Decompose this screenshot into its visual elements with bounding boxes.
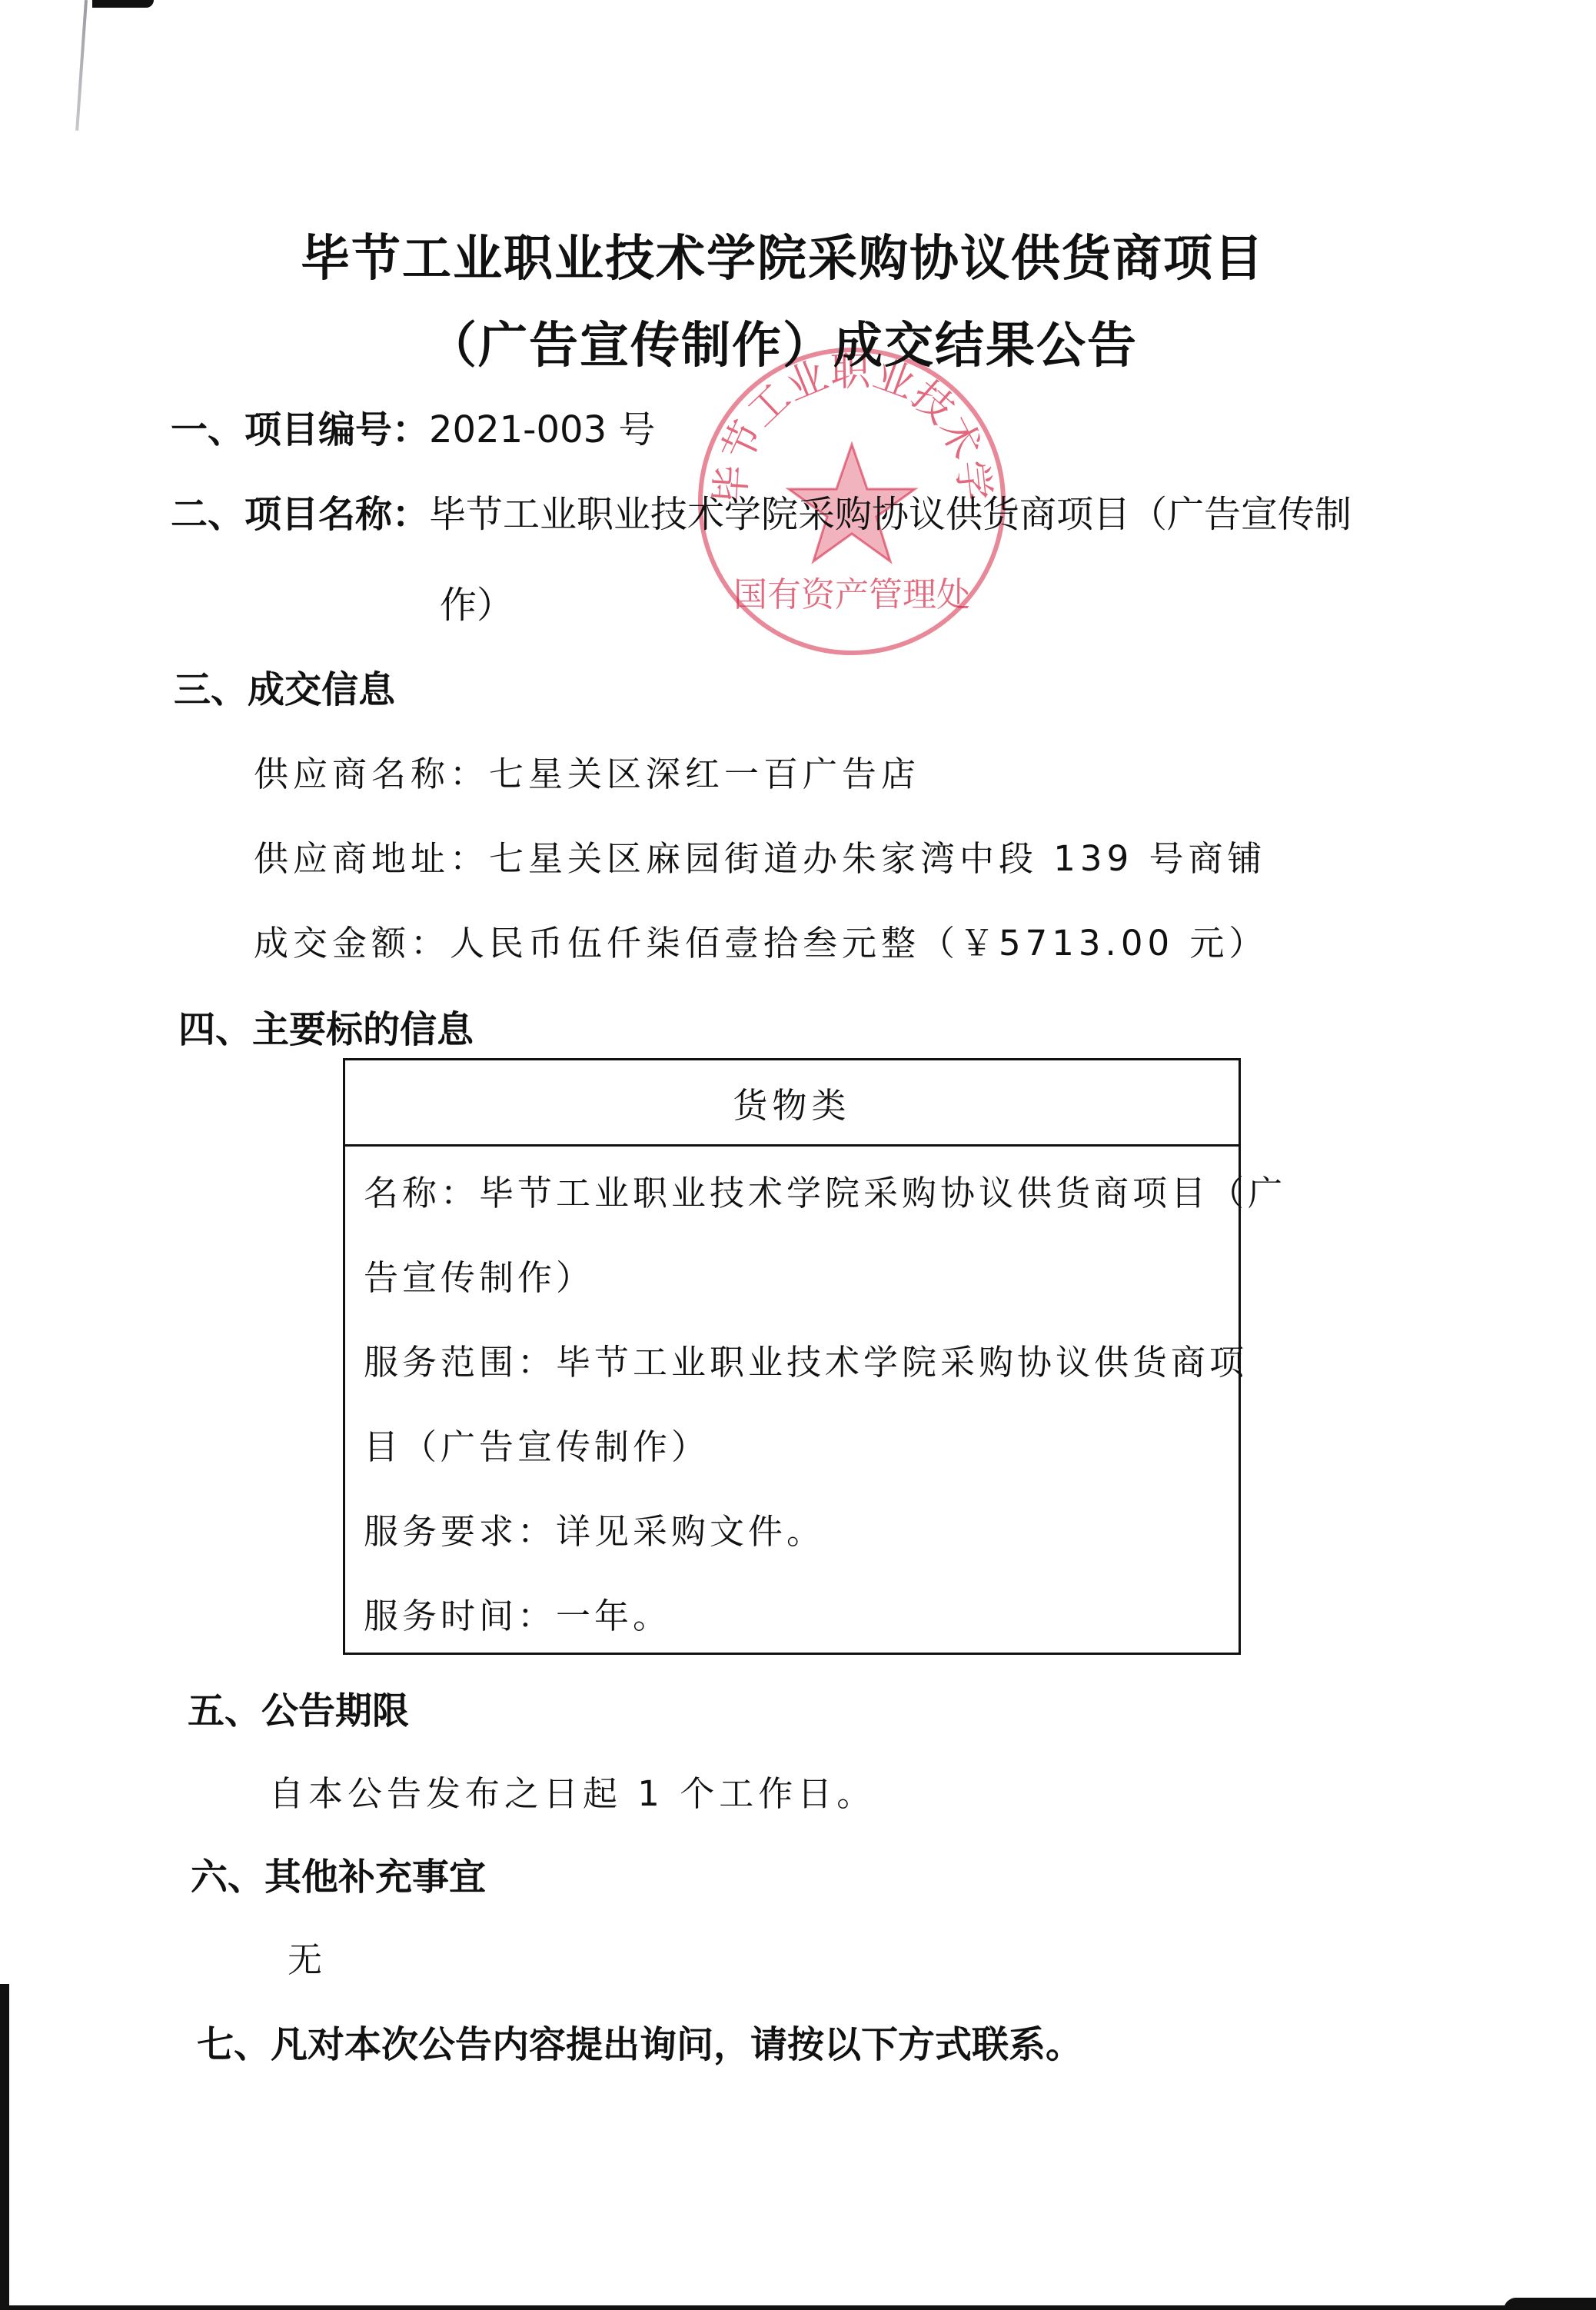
project-number-value: 2021-003 号 [429, 408, 655, 451]
background-corner [92, 0, 154, 8]
section-contact-heading: 七、凡对本次公告内容提出询问，请按以下方式联系。 [197, 2015, 1082, 2068]
table-line: 服务要求：详见采购文件。 [364, 1503, 825, 1553]
background-corner-br [1504, 2298, 1596, 2310]
document-title-line1: 毕节工业职业技术学院采购协议供货商项目 [0, 219, 1581, 290]
section-other-matters-heading: 六、其他补充事宜 [191, 1847, 486, 1900]
section-heading: 二、项目名称： [171, 493, 429, 536]
background-edge-bottom [0, 2305, 1596, 2310]
subject-info-table: 货物类 名称：毕节工业职业技术学院采购协议供货商项目（广 告宣传制作） 服务范围… [343, 1058, 1241, 1655]
section-notice-period-heading: 五、公告期限 [188, 1681, 409, 1734]
table-line: 目（广告宣传制作） [364, 1419, 710, 1469]
deal-amount: 成交金额：人民币伍仟柒佰壹拾叁元整（￥5713.00 元） [254, 915, 1268, 965]
paper-edge [75, 0, 88, 131]
table-line: 告宣传制作） [364, 1250, 594, 1300]
table-header: 货物类 [345, 1060, 1239, 1147]
section-deal-info-heading: 三、成交信息 [174, 660, 395, 713]
table-line: 名称：毕节工业职业技术学院采购协议供货商项目（广 [364, 1165, 1286, 1215]
supplier-address: 供应商地址：七星关区麻园街道办朱家湾中段 139 号商铺 [254, 830, 1267, 880]
table-line: 服务范围：毕节工业职业技术学院采购协议供货商项 [364, 1334, 1248, 1384]
project-name-value: 毕节工业职业技术学院采购协议供货商项目（广告宣传制 [429, 493, 1352, 536]
svg-text:国有资产管理处: 国有资产管理处 [733, 575, 970, 614]
table-line: 服务时间：一年。 [364, 1588, 671, 1638]
section-project-number: 一、项目编号：2021-003 号 [171, 400, 655, 453]
other-matters-text: 无 [288, 1932, 327, 1982]
project-name-continuation: 作） [440, 575, 514, 628]
section-subject-info-heading: 四、主要标的信息 [178, 1000, 474, 1053]
document-title-line2: （广告宣传制作）成交结果公告 [0, 306, 1581, 377]
supplier-name: 供应商名称：七星关区深红一百广告店 [254, 746, 920, 796]
background-edge-left [0, 1984, 9, 2310]
section-project-name: 二、项目名称：毕节工业职业技术学院采购协议供货商项目（广告宣传制 [171, 484, 1352, 538]
section-heading: 一、项目编号： [171, 408, 429, 451]
notice-period-text: 自本公告发布之日起 1 个工作日。 [269, 1766, 876, 1816]
